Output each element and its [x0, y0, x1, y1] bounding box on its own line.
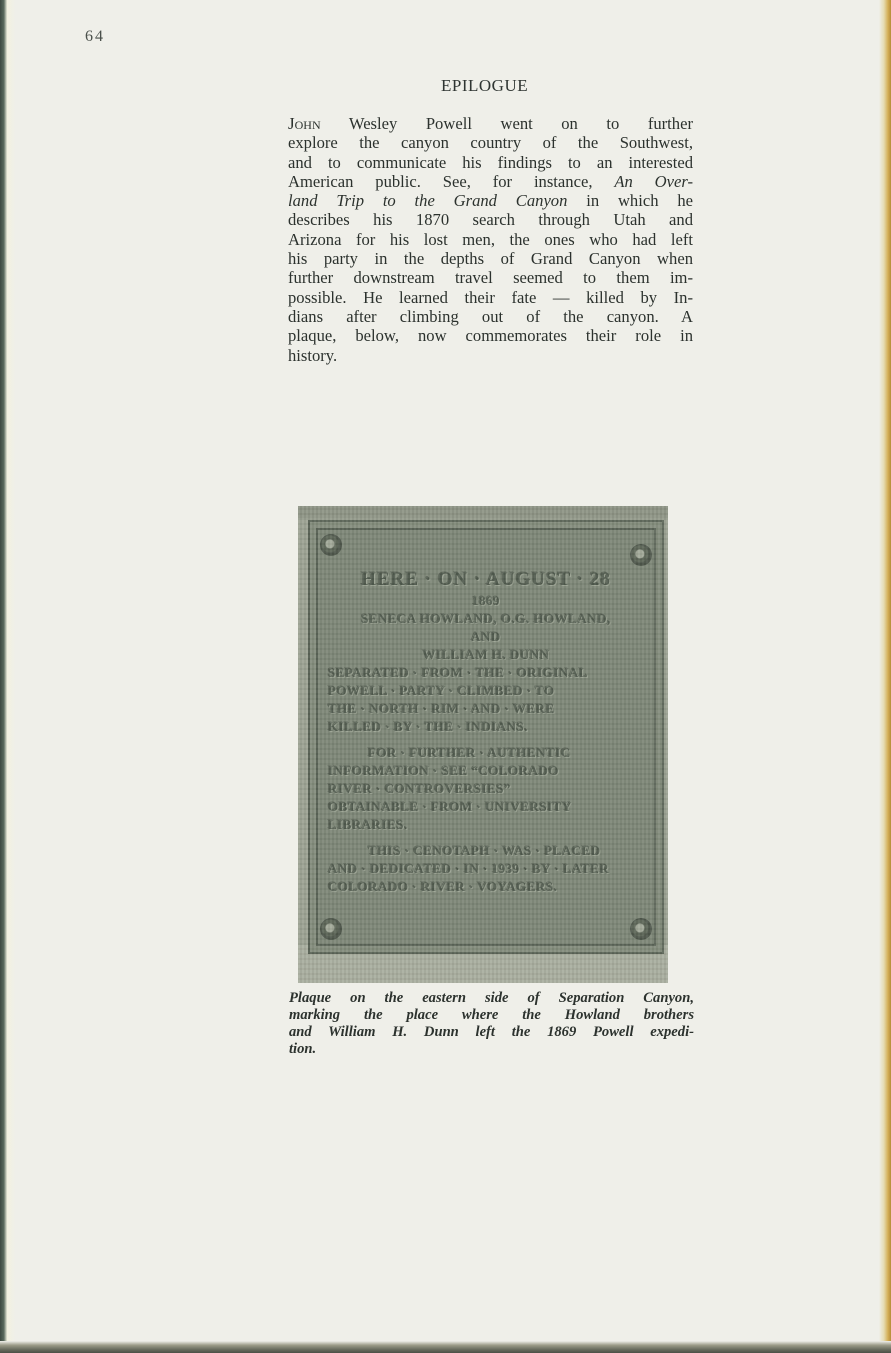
- body-line: further downstream travel seemed to them…: [288, 268, 693, 287]
- body-line: history.: [288, 346, 693, 365]
- body-line: possible. He learned their fate — killed…: [288, 288, 693, 307]
- photo-grain: [298, 506, 668, 983]
- book-title: An Over-: [614, 172, 693, 191]
- figure-caption: Plaque on the eastern side of Separation…: [289, 990, 694, 1058]
- body-paragraph: John Wesley Powell went on to further ex…: [288, 114, 693, 365]
- lead-word: John: [288, 114, 321, 133]
- body-line: land Trip to the Grand Canyon in which h…: [288, 191, 693, 210]
- page-edge-bottom: [0, 1341, 891, 1353]
- body-line: his party in the depths of Grand Canyon …: [288, 249, 693, 268]
- body-line: American public. See, for instance, An O…: [288, 172, 693, 191]
- body-line: describes his 1870 search through Utah a…: [288, 210, 693, 229]
- body-line: and to communicate his findings to an in…: [288, 153, 693, 172]
- body-line: Arizona for his lost men, the ones who h…: [288, 230, 693, 249]
- body-line: explore the canyon country of the Southw…: [288, 133, 693, 152]
- page-edge-right: [879, 0, 891, 1353]
- page-edge-left: [0, 0, 7, 1353]
- body-line: John Wesley Powell went on to further: [288, 114, 693, 133]
- body-line: plaque, below, now commemorates their ro…: [288, 326, 693, 345]
- body-line: dians after climbing out of the canyon. …: [288, 307, 693, 326]
- page-number: 64: [85, 28, 105, 46]
- plaque-photograph: HERE · ON · AUGUST · 28 1869 SENECA HOWL…: [298, 506, 668, 983]
- page-title: EPILOGUE: [441, 76, 528, 96]
- page-gutter-glow: [7, 0, 15, 1353]
- book-title: land Trip to the Grand Canyon: [288, 191, 567, 210]
